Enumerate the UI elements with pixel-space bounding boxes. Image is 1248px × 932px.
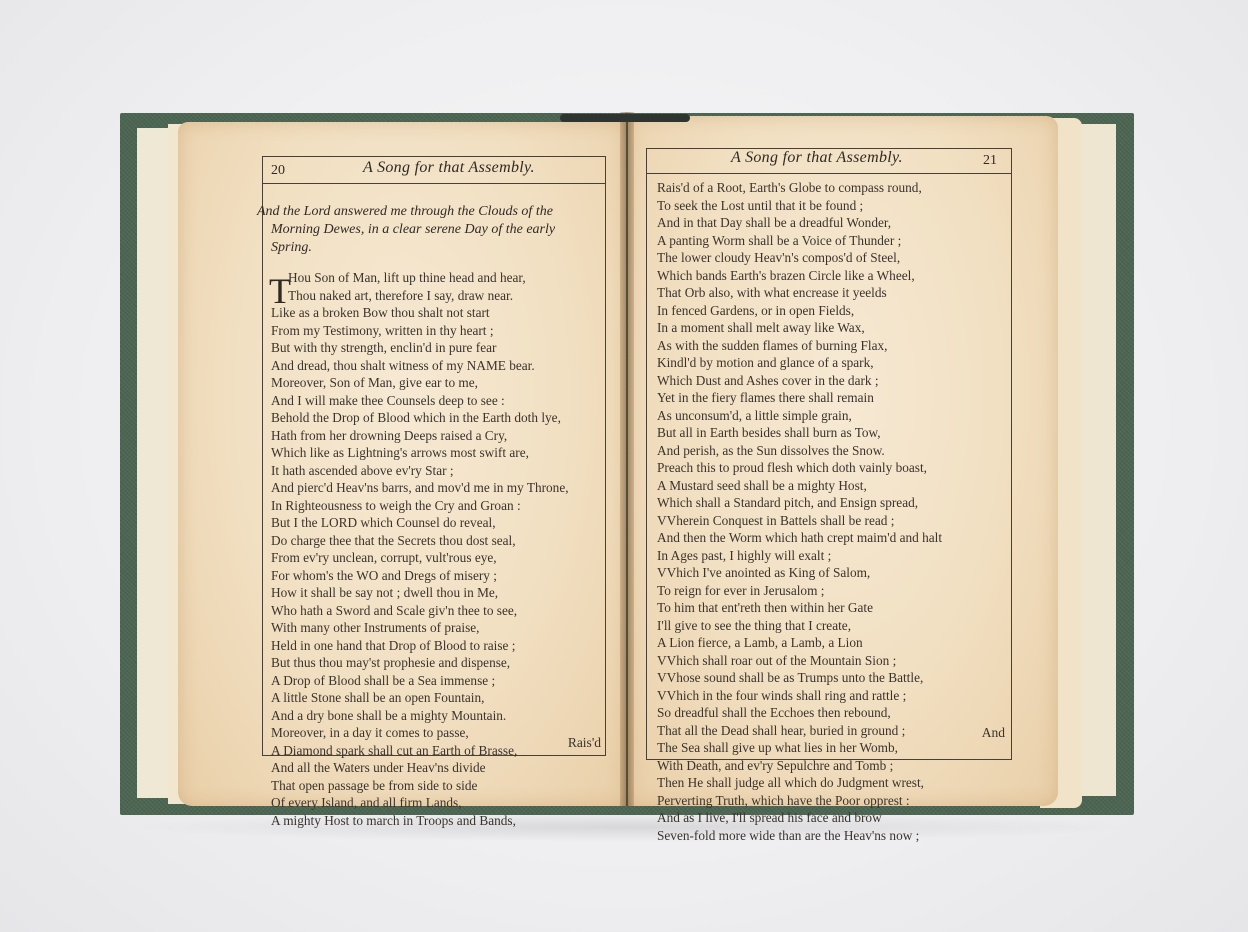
verse-line: Which Dust and Ashes cover in the dark ; — [657, 372, 942, 390]
verse-line: It hath ascended above ev'ry Star ; — [271, 462, 569, 480]
verse-line: Preach this to proud flesh which doth va… — [657, 459, 942, 477]
verse-line: Seven-fold more wide than are the Heav'n… — [657, 827, 942, 845]
verse-line: Yet in the fiery flames there shall rema… — [657, 389, 942, 407]
verse-line: With many other Instruments of praise, — [271, 619, 569, 637]
verse-line: VVhose sound shall be as Trumps unto the… — [657, 669, 942, 687]
verse-line: Perverting Truth, which have the Poor op… — [657, 792, 942, 810]
verse-line: As with the sudden flames of burning Fla… — [657, 337, 942, 355]
verse-line: Of every Island, and all firm Lands, — [271, 794, 569, 812]
verse-line: Kindl'd by motion and glance of a spark, — [657, 354, 942, 372]
page-number: 21 — [983, 153, 997, 169]
running-head: A Song for that Assembly. — [731, 149, 903, 167]
verse-line: For whom's the WO and Dregs of misery ; — [271, 567, 569, 585]
verse-line: But all in Earth besides shall burn as T… — [657, 424, 942, 442]
verse-line: VVhich shall roar out of the Mountain Si… — [657, 652, 942, 670]
verse-line: But I the LORD which Counsel do reveal, — [271, 514, 569, 532]
verse-line: Like as a broken Bow thou shalt not star… — [271, 304, 569, 322]
verse-line: That all the Dead shall hear, buried in … — [657, 722, 942, 740]
verse-line: And a dry bone shall be a mighty Mountai… — [271, 707, 569, 725]
verse-line: With Death, and ev'ry Sepulchre and Tomb… — [657, 757, 942, 775]
verse-line: And perish, as the Sun dissolves the Sno… — [657, 442, 942, 460]
verse-line: The Sea shall give up what lies in her W… — [657, 739, 942, 757]
verse-line: A Diamond spark shall cut an Earth of Br… — [271, 742, 569, 760]
running-head: A Song for that Assembly. — [363, 159, 535, 177]
verse-line: And pierc'd Heav'ns barrs, and mov'd me … — [271, 479, 569, 497]
verse-line: And in that Day shall be a dreadful Wond… — [657, 214, 942, 232]
verse-line: And all the Waters under Heav'ns divide — [271, 759, 569, 777]
right-text-frame: A Song for that Assembly. 21 Rais'd of a… — [646, 148, 1012, 760]
header-rule — [647, 173, 1011, 174]
verse-line: And as I live, I'll spread his face and … — [657, 809, 942, 827]
verse-line: A little Stone shall be an open Fountain… — [271, 689, 569, 707]
verse-line: Thou naked art, therefore I say, draw ne… — [271, 287, 569, 305]
header-rule — [263, 183, 605, 184]
catchword: And — [982, 725, 1005, 741]
verse-line: That open passage be from side to side — [271, 777, 569, 795]
verse-line: From ev'ry unclean, corrupt, vult'rous e… — [271, 549, 569, 567]
verse-line: But with thy strength, enclin'd in pure … — [271, 339, 569, 357]
verse-line: So dreadful shall the Ecchoes then rebou… — [657, 704, 942, 722]
verse-line: A panting Worm shall be a Voice of Thund… — [657, 232, 942, 250]
verse-line: To seek the Lost until that it be found … — [657, 197, 942, 215]
verse-line: Then He shall judge all which do Judgmen… — [657, 774, 942, 792]
verse-line: A Lion fierce, a Lamb, a Lamb, a Lion — [657, 634, 942, 652]
intro-line: Morning Dewes, in a clear serene Day of … — [257, 221, 555, 239]
verse-line: In Ages past, I highly will exalt ; — [657, 547, 942, 565]
verse-line: Do charge thee that the Secrets thou dos… — [271, 532, 569, 550]
book-gutter — [620, 112, 634, 806]
intro-paragraph: And the Lord answered me through the Clo… — [257, 203, 555, 257]
verse-line: Who hath a Sword and Scale giv'n thee to… — [271, 602, 569, 620]
verse-line: From my Testimony, written in thy heart … — [271, 322, 569, 340]
verse-line: Moreover, Son of Man, give ear to me, — [271, 374, 569, 392]
verse-line: Behold the Drop of Blood which in the Ea… — [271, 409, 569, 427]
verse-line: Rais'd of a Root, Earth's Globe to compa… — [657, 179, 942, 197]
poem-text: Hou Son of Man, lift up thine head and h… — [271, 269, 569, 829]
verse-line: And then the Worm which hath crept maim'… — [657, 529, 942, 547]
page-number: 20 — [271, 163, 285, 179]
verse-line: A Drop of Blood shall be a Sea immense ; — [271, 672, 569, 690]
verse-line: The lower cloudy Heav'n's compos'd of St… — [657, 249, 942, 267]
verse-line: As unconsum'd, a little simple grain, — [657, 407, 942, 425]
left-text-frame: 20 A Song for that Assembly. And the Lor… — [262, 156, 606, 756]
verse-line: How it shall be say not ; dwell thou in … — [271, 584, 569, 602]
catchword: Rais'd — [568, 735, 601, 751]
verse-line: In a moment shall melt away like Wax, — [657, 319, 942, 337]
verse-line: In fenced Gardens, or in open Fields, — [657, 302, 942, 320]
verse-line: Hath from her drowning Deeps raised a Cr… — [271, 427, 569, 445]
verse-line: Which bands Earth's brazen Circle like a… — [657, 267, 942, 285]
poem-text: Rais'd of a Root, Earth's Globe to compa… — [657, 179, 942, 844]
verse-line: To reign for ever in Jerusalom ; — [657, 582, 942, 600]
verse-line: That Orb also, with what encrease it yee… — [657, 284, 942, 302]
intro-line: Spring. — [257, 239, 555, 257]
verse-line: VVherein Conquest in Battels shall be re… — [657, 512, 942, 530]
verse-line: To him that ent'reth then within her Gat… — [657, 599, 942, 617]
intro-line: And the Lord answered me through the Clo… — [257, 203, 555, 221]
verse-line: Which like as Lightning's arrows most sw… — [271, 444, 569, 462]
verse-line: And dread, thou shalt witness of my NAME… — [271, 357, 569, 375]
verse-line: Which shall a Standard pitch, and Ensign… — [657, 494, 942, 512]
verse-line: Hou Son of Man, lift up thine head and h… — [271, 269, 569, 287]
verse-line: VVhich I've anointed as King of Salom, — [657, 564, 942, 582]
spine-headband — [560, 114, 690, 122]
verse-line: In Righteousness to weigh the Cry and Gr… — [271, 497, 569, 515]
verse-line: VVhich in the four winds shall ring and … — [657, 687, 942, 705]
verse-line: A mighty Host to march in Troops and Ban… — [271, 812, 569, 830]
verse-line: And I will make thee Counsels deep to se… — [271, 392, 569, 410]
verse-line: Held in one hand that Drop of Blood to r… — [271, 637, 569, 655]
verse-line: I'll give to see the thing that I create… — [657, 617, 942, 635]
verse-line: Moreover, in a day it comes to passe, — [271, 724, 569, 742]
verse-line: A Mustard seed shall be a mighty Host, — [657, 477, 942, 495]
verse-line: But thus thou may'st prophesie and dispe… — [271, 654, 569, 672]
